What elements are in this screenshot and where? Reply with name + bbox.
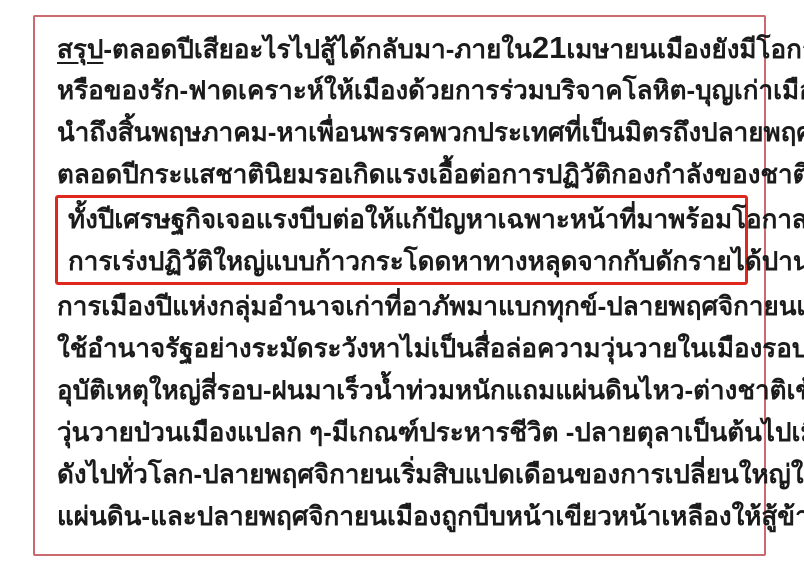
summary-line: สรุป-ตลอดปีเสียอะไรไปสู้ได้กลับมา-ภายใน2…: [57, 27, 746, 69]
date-number: 21: [532, 30, 566, 65]
text-line: ใช้อำนาจรัฐอย่างระมัดระวังหาไม่เป็นสื่อล…: [57, 327, 746, 369]
text-line: แผ่นดิน-และปลายพฤศจิกายนเมืองถูกบีบหน้าเ…: [57, 495, 746, 537]
highlighted-text-line: ทั้งปีเศรษฐกิจเจอแรงบีบต่อให้แก้ปัญหาเฉพ…: [68, 198, 741, 240]
summary-underlined-word: สรุป: [57, 34, 103, 64]
summary-text-rest: เมษายนเมืองยังมีโอกาสเสียคน: [566, 34, 804, 64]
text-line: อุบัติเหตุใหญ่สี่รอบ-ฝนมาเร็วน้ำท่วมหนัก…: [57, 369, 746, 411]
text-line: ดังไปทั่วโลก-ปลายพฤศจิกายนเริ่มสิบแปดเดื…: [57, 453, 746, 495]
text-line: หรือของรัก-ฟาดเคราะห์ให้เมืองด้วยการร่วม…: [57, 69, 746, 111]
text-line: ตลอดปีกระแสชาตินิยมรอเกิดแรงเอื้อต่อการป…: [57, 153, 746, 195]
summary-text: -ตลอดปีเสียอะไรไปสู้ได้กลับมา-ภายใน: [103, 34, 532, 64]
document-page: สรุป-ตลอดปีเสียอะไรไปสู้ได้กลับมา-ภายใน2…: [0, 0, 804, 584]
highlight-annotation-box: ทั้งปีเศรษฐกิจเจอแรงบีบต่อให้แก้ปัญหาเฉพ…: [55, 195, 748, 285]
text-line: นำถึงสิ้นพฤษภาคม-หาเพื่อนพรรคพวกประเทศที…: [57, 111, 746, 153]
document-border-frame: สรุป-ตลอดปีเสียอะไรไปสู้ได้กลับมา-ภายใน2…: [33, 15, 766, 556]
text-line: วุ่นวายป่วนเมืองแปลก ๆ-มีเกณฑ์ประหารชีวิ…: [57, 411, 746, 453]
highlighted-text-line: การเร่งปฏิวัติใหญ่แบบก้าวกระโดดหาทางหลุด…: [68, 240, 741, 282]
text-line: การเมืองปีแห่งกลุ่มอำนาจเก่าที่อาภัพมาแบ…: [57, 285, 746, 327]
